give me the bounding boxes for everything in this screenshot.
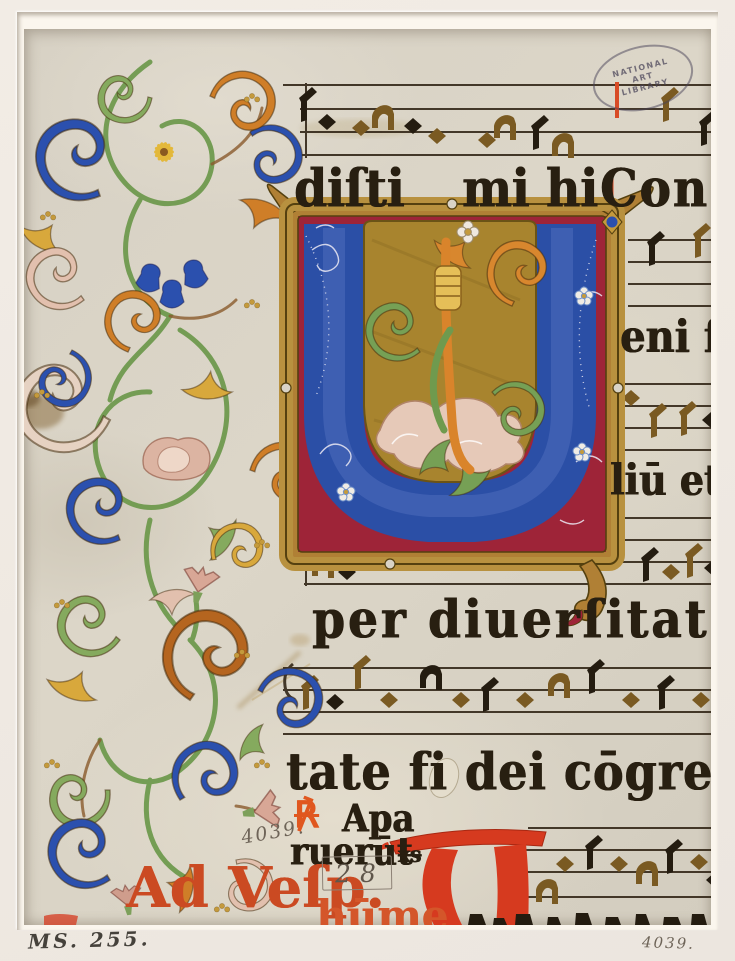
rubric-cut-word: hūme (316, 895, 448, 925)
chant-line1-word1: diſti (294, 163, 405, 216)
chant-line3: liū et t (610, 459, 711, 502)
daisy-flower (154, 141, 175, 162)
carnation-flower (178, 564, 221, 607)
pencil-boxed-number: 28 (322, 855, 393, 890)
chant-line1-word3: Con (600, 163, 709, 216)
rose-flower (143, 438, 210, 480)
photographed-manuscript-page: { "stamp": { "line1": "NATIONAL", "line2… (0, 0, 735, 961)
chant-line5: tate fi dei cōgrega (286, 746, 711, 798)
struck-abbreviation: xs (398, 843, 421, 865)
manuscript-leaf: diſti mi hi Con eni ſa liū et t per diue… (24, 29, 711, 925)
illuminated-initial-u (267, 184, 653, 625)
chant-line1-word2: mi hi (462, 163, 598, 216)
mat-number: 4039. (642, 933, 696, 953)
chant-line2: eni ſa (620, 315, 711, 360)
mat-shelfmark: MS. 255. (28, 926, 151, 953)
chant-line4: per diuerſitatē (312, 594, 711, 647)
